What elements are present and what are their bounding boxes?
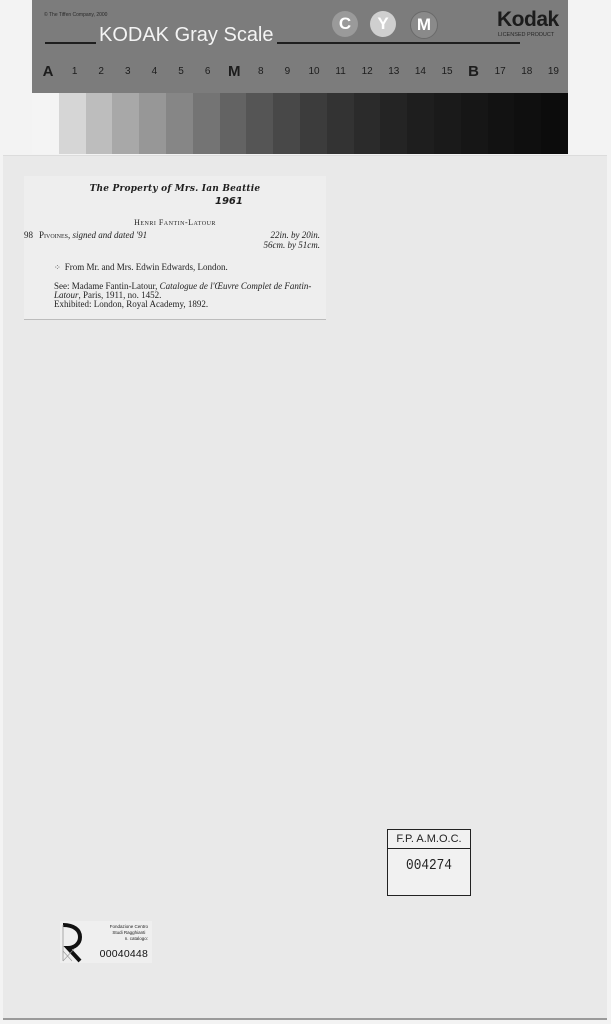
scale-label: 18 xyxy=(521,66,532,77)
kodak-gray-scale-card: © The Tiffen Company, 2000 KODAK Gray Sc… xyxy=(32,0,568,154)
scale-label: 6 xyxy=(205,66,211,77)
scale-label: 12 xyxy=(362,66,373,77)
handwritten-year: 1961 xyxy=(215,196,243,207)
dimensions-inches: 22in. by 20in. xyxy=(271,230,321,240)
scale-label: 14 xyxy=(415,66,426,77)
stamp-number: 004274 xyxy=(394,857,464,874)
scale-label: 17 xyxy=(495,66,506,77)
gray-patch xyxy=(112,93,139,154)
gray-patch xyxy=(541,93,568,154)
scale-label: 10 xyxy=(308,66,319,77)
licensed-product-text: LICENSED PRODUCT xyxy=(498,32,554,38)
gray-patch xyxy=(166,93,193,154)
gray-patch xyxy=(220,93,247,154)
ragghianti-text: Fondazione Centro Studi Ragghianti n. ca… xyxy=(110,924,148,942)
gray-patch xyxy=(139,93,166,154)
scale-label: M xyxy=(228,63,241,80)
ragghianti-label: Fondazione Centro Studi Ragghianti n. ca… xyxy=(60,921,152,963)
stamp-header: F.P. A.M.O.C. xyxy=(388,830,470,849)
artist-name: Henri Fantin-Latour xyxy=(24,218,326,227)
lot-title: Pivoines, xyxy=(39,230,70,240)
gray-patch xyxy=(32,93,59,154)
ragghianti-logo-icon xyxy=(60,921,84,963)
lot-description: signed and dated '91 xyxy=(70,230,147,240)
scale-label: 5 xyxy=(178,66,184,77)
scale-label: 19 xyxy=(548,66,559,77)
lot-line: 98Pivoines, signed and dated '91 xyxy=(24,230,147,240)
scale-label: 3 xyxy=(125,66,131,77)
lot-number: 98 xyxy=(24,230,33,240)
gray-patch xyxy=(380,93,407,154)
gray-patch xyxy=(354,93,381,154)
gray-patch xyxy=(300,93,327,154)
scale-label: 13 xyxy=(388,66,399,77)
gray-patch xyxy=(86,93,113,154)
gray-patch xyxy=(514,93,541,154)
scale-label: 1 xyxy=(72,66,78,77)
gray-patch xyxy=(434,93,461,154)
gray-patch xyxy=(461,93,488,154)
gray-patch xyxy=(193,93,220,154)
gray-patches xyxy=(32,93,568,154)
copyright-text: © The Tiffen Company, 2000 xyxy=(44,12,107,18)
ragghianti-line3: n. catalogo: xyxy=(110,936,148,942)
scale-label: 15 xyxy=(441,66,452,77)
exhibited-text: Exhibited: London, Royal Academy, 1892. xyxy=(54,299,208,309)
gray-patch xyxy=(407,93,434,154)
dimensions: 22in. by 20in. 56cm. by 51cm. xyxy=(264,230,320,250)
scale-label: A xyxy=(43,63,54,80)
scale-labels: A123456M89101112131415B171819 xyxy=(32,63,568,83)
provenance-mark-icon: ⁘ xyxy=(54,263,61,272)
provenance: ⁘From Mr. and Mrs. Edwin Edwards, London… xyxy=(54,262,228,272)
gray-patch xyxy=(327,93,354,154)
gray-patch xyxy=(59,93,86,154)
literature: See: Madame Fantin-Latour, Catalogue de … xyxy=(54,282,322,309)
provenance-text: From Mr. and Mrs. Edwin Edwards, London. xyxy=(65,262,228,272)
scale-label: B xyxy=(468,63,479,80)
catalogue-number: 00040448 xyxy=(100,948,148,960)
dimensions-cm: 56cm. by 51cm. xyxy=(264,240,320,250)
scale-label: 4 xyxy=(152,66,158,77)
kodak-logo: Kodak xyxy=(497,9,559,31)
gray-patch xyxy=(488,93,515,154)
gray-patch xyxy=(273,93,300,154)
yellow-dot: Y xyxy=(370,11,396,37)
fpamoc-stamp: F.P. A.M.O.C. 004274 xyxy=(387,829,471,896)
scale-label: 9 xyxy=(285,66,291,77)
scale-label: 2 xyxy=(98,66,104,77)
scale-label: 11 xyxy=(335,66,345,77)
gray-patch xyxy=(246,93,273,154)
cyan-dot: C xyxy=(332,11,358,37)
gray-scale-title: KODAK Gray Scale xyxy=(96,24,277,46)
magenta-dot: M xyxy=(410,11,438,39)
scale-label: 8 xyxy=(258,66,264,77)
catalogue-clipping: The Property of Mrs. Ian Beattie 1961 He… xyxy=(24,176,326,320)
property-heading: The Property of Mrs. Ian Beattie xyxy=(24,184,326,194)
